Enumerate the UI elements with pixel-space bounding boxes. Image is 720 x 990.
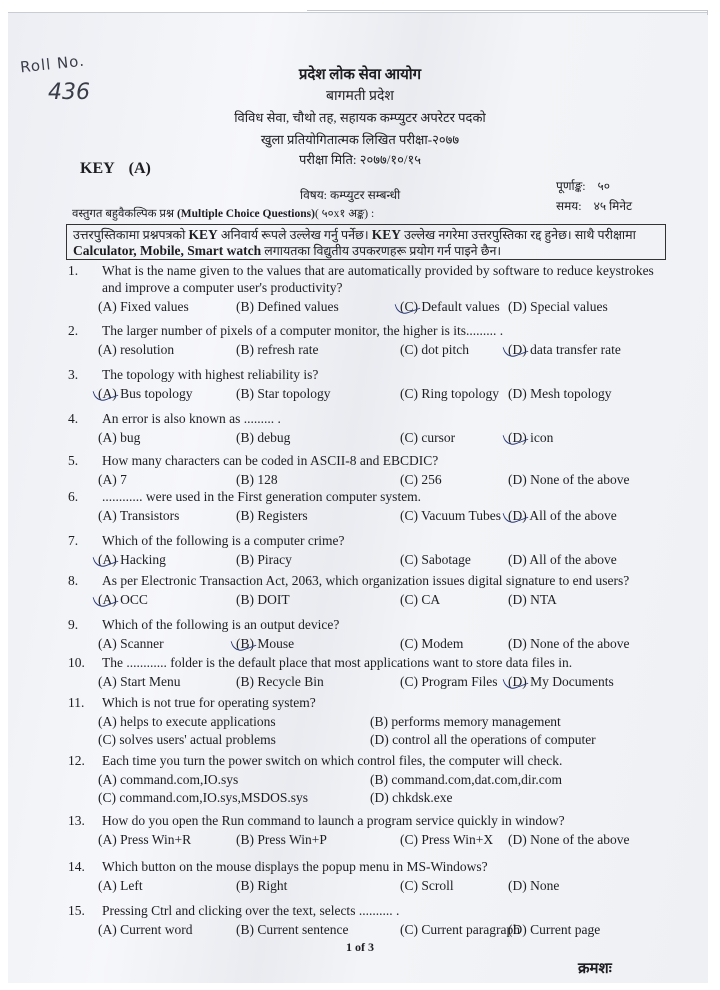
- options: (A) Press Win+R(B) Press Win+P(C) Press …: [98, 831, 668, 849]
- option: (D) chkdsk.exe: [370, 789, 452, 806]
- question-text: What is the name given to the values tha…: [102, 262, 668, 296]
- option: (B) Recycle Bin: [236, 673, 324, 690]
- option: (A) Current word: [98, 921, 192, 938]
- option: (C) cursor: [400, 429, 455, 446]
- option: (C) 256: [400, 471, 442, 488]
- option-marked: (C) Default values: [400, 298, 500, 315]
- marks-info: पूर्णाङ्क:५० समय:४५ मिनेट: [556, 176, 632, 216]
- question: 6............. were used in the First ge…: [68, 488, 668, 525]
- question-text: An error is also known as ......... .: [102, 410, 668, 427]
- commission-name: प्रदेश लोक सेवा आयोग: [0, 64, 720, 84]
- option-marked: (A) Hacking: [98, 551, 166, 568]
- question-number: 3.: [68, 366, 94, 383]
- option: (C) Modem: [400, 635, 463, 652]
- full-marks-label: पूर्णाङ्क:: [556, 179, 586, 193]
- option-marked: (D) All of the above: [508, 507, 617, 524]
- question-text: ............ were used in the First gene…: [102, 488, 668, 505]
- question-text: The ............ folder is the default p…: [102, 654, 668, 671]
- option: (C) solves users' actual problems: [98, 731, 276, 748]
- options: (A) helps to execute applications(B) per…: [98, 713, 668, 751]
- question-text: Which is not true for operating system?: [102, 694, 668, 711]
- question: 15.Pressing Ctrl and clicking over the t…: [68, 902, 668, 939]
- notice-text: उत्तरपुस्तिकामा प्रश्नपत्रको: [73, 228, 189, 242]
- option: (C) Press Win+X: [400, 831, 493, 848]
- option: (C) command.com,IO.sys,MSDOS.sys: [98, 789, 308, 806]
- option: (C) Current paragraph: [400, 921, 520, 938]
- question-number: 6.: [68, 488, 94, 505]
- question-number: 10.: [68, 654, 94, 671]
- option-marked: (D) icon: [508, 429, 553, 446]
- question: 2.The larger number of pixels of a compu…: [68, 322, 668, 359]
- question-number: 8.: [68, 572, 94, 589]
- option-marked: (B) Mouse: [236, 635, 294, 652]
- option: (B) Defined values: [236, 298, 339, 315]
- option: (D) Special values: [508, 298, 608, 315]
- question-text: Pressing Ctrl and clicking over the text…: [102, 902, 668, 919]
- options: (A) Left(B) Right(C) Scroll(D) None: [98, 877, 668, 895]
- option: (B) debug: [236, 429, 290, 446]
- options: (A) Current word(B) Current sentence(C) …: [98, 921, 668, 939]
- notice-key: KEY: [372, 227, 401, 242]
- option: (A) command.com,IO.sys: [98, 771, 238, 788]
- continued-label: क्रमशः: [578, 958, 612, 978]
- question-text: The larger number of pixels of a compute…: [102, 322, 668, 339]
- full-marks-value: ५०: [598, 179, 610, 193]
- notice-text: उल्लेख नगरेमा उत्तरपुस्तिका रद्द हुनेछ। …: [401, 228, 636, 242]
- time-value: ४५ मिनेट: [594, 199, 632, 213]
- key-set-value: (A): [129, 160, 151, 177]
- option: (D) NTA: [508, 591, 557, 608]
- option: (B) command.com,dat.com,dir.com: [370, 771, 562, 788]
- option: (B) Piracy: [236, 551, 292, 568]
- options: (A) bug(B) debug(C) cursor(D) icon: [98, 429, 668, 447]
- option: (B) 128: [236, 471, 278, 488]
- notice-text: अनिवार्य रूपले उल्लेख गर्नु पर्नेछ।: [218, 228, 372, 242]
- option: (B) Star topology: [236, 385, 331, 402]
- option-marked: (A) Bus topology: [98, 385, 193, 402]
- options: (A) Scanner(B) Mouse(C) Modem(D) None of…: [98, 635, 668, 653]
- time-label: समय:: [556, 199, 582, 213]
- options: (A) resolution(B) refresh rate(C) dot pi…: [98, 341, 668, 359]
- question: 3.The topology with highest reliability …: [68, 366, 668, 403]
- exam-title: खुला प्रतियोगितात्मक लिखित परीक्षा-२०७७: [0, 130, 720, 148]
- option: (B) DOIT: [236, 591, 290, 608]
- page-number: 1 of 3: [0, 940, 720, 955]
- option: (A) Start Menu: [98, 673, 180, 690]
- question-text: As per Electronic Transaction Act, 2063,…: [102, 572, 668, 589]
- question-number: 14.: [68, 858, 94, 875]
- option: (A) resolution: [98, 341, 174, 358]
- question: 12.Each time you turn the power switch o…: [68, 752, 668, 809]
- option-marked: (A) OCC: [98, 591, 148, 608]
- option: (B) performs memory management: [370, 713, 561, 730]
- key-label: KEY: [80, 160, 115, 177]
- options: (A) Start Menu(B) Recycle Bin(C) Program…: [98, 673, 668, 691]
- notice-text: लगायतका विद्युतीय उपकरणहरू प्रयोग गर्न प…: [261, 244, 501, 258]
- option-marked: (D) data transfer rate: [508, 341, 621, 358]
- question-number: 15.: [68, 902, 94, 919]
- notice-key: KEY: [189, 227, 218, 242]
- option-marked: (D) My Documents: [508, 673, 614, 690]
- question: 8.As per Electronic Transaction Act, 206…: [68, 572, 668, 609]
- question-number: 11.: [68, 694, 94, 711]
- option: (D) None of the above: [508, 471, 629, 488]
- option: (A) Fixed values: [98, 298, 189, 315]
- option: (B) refresh rate: [236, 341, 318, 358]
- question: 9.Which of the following is an output de…: [68, 616, 668, 653]
- question-number: 13.: [68, 812, 94, 829]
- option: (C) dot pitch: [400, 341, 469, 358]
- question-text: The topology with highest reliability is…: [102, 366, 668, 383]
- question-text: How do you open the Run command to launc…: [102, 812, 668, 829]
- section-title-nepali: वस्तुगत बहुवैकल्पिक प्रश्न: [72, 208, 174, 220]
- question: 14.Which button on the mouse displays th…: [68, 858, 668, 895]
- option: (C) Program Files: [400, 673, 498, 690]
- question-text: Each time you turn the power switch on w…: [102, 752, 668, 769]
- question: 1.What is the name given to the values t…: [68, 262, 668, 316]
- option: (B) Right: [236, 877, 287, 894]
- option: (C) Vacuum Tubes: [400, 507, 501, 524]
- question: 10.The ............ folder is the defaul…: [68, 654, 668, 691]
- question: 4.An error is also known as ......... .(…: [68, 410, 668, 447]
- option: (A) bug: [98, 429, 140, 446]
- post-description: विविध सेवा, चौथो तह, सहायक कम्प्युटर अपर…: [0, 108, 720, 126]
- section-title: वस्तुगत बहुवैकल्पिक प्रश्न (Multiple Cho…: [72, 206, 374, 221]
- question: 11.Which is not true for operating syste…: [68, 694, 668, 751]
- option: (A) helps to execute applications: [98, 713, 276, 730]
- subject: विषय: कम्प्युटर सम्बन्धी: [300, 186, 400, 203]
- instructions-box: उत्तरपुस्तिकामा प्रश्नपत्रको KEY अनिवार्…: [66, 224, 666, 260]
- option: (D) Mesh topology: [508, 385, 612, 402]
- options: (A) OCC(B) DOIT(C) CA(D) NTA: [98, 591, 668, 609]
- question: 13.How do you open the Run command to la…: [68, 812, 668, 849]
- option: (C) Scroll: [400, 877, 454, 894]
- paper-edge: [307, 10, 708, 15]
- option: (D) None: [508, 877, 559, 894]
- notice-devices: Calculator, Mobile, Smart watch: [73, 243, 261, 258]
- option: (D) None of the above: [508, 831, 629, 848]
- options: (A) Bus topology(B) Star topology(C) Rin…: [98, 385, 668, 403]
- question-number: 12.: [68, 752, 94, 769]
- option: (A) Left: [98, 877, 143, 894]
- option: (B) Current sentence: [236, 921, 348, 938]
- province-name: बागमती प्रदेश: [0, 86, 720, 105]
- option: (A) Press Win+R: [98, 831, 191, 848]
- option: (A) Scanner: [98, 635, 164, 652]
- option: (A) Transistors: [98, 507, 179, 524]
- options: (A) 7(B) 128(C) 256(D) None of the above: [98, 471, 668, 489]
- question-number: 9.: [68, 616, 94, 633]
- question: 5.How many characters can be coded in AS…: [68, 452, 668, 489]
- question-text: How many characters can be coded in ASCI…: [102, 452, 668, 469]
- key-set: KEY(A): [80, 160, 151, 178]
- option: (B) Registers: [236, 507, 308, 524]
- question-text: Which of the following is a computer cri…: [102, 532, 668, 549]
- options: (A) command.com,IO.sys(B) command.com,da…: [98, 771, 668, 809]
- options: (A) Hacking(B) Piracy(C) Sabotage(D) All…: [98, 551, 668, 569]
- option: (A) 7: [98, 471, 127, 488]
- option: (C) CA: [400, 591, 440, 608]
- question-text: Which of the following is an output devi…: [102, 616, 668, 633]
- question-text: Which button on the mouse displays the p…: [102, 858, 668, 875]
- question-number: 4.: [68, 410, 94, 427]
- option: (D) Current page: [508, 921, 600, 938]
- question-number: 2.: [68, 322, 94, 339]
- section-title-marks: ( ५०x१ अङ्क) :: [315, 208, 374, 220]
- option: (D) control all the operations of comput…: [370, 731, 596, 748]
- question-number: 5.: [68, 452, 94, 469]
- option: (D) All of the above: [508, 551, 617, 568]
- question-number: 1.: [68, 262, 94, 279]
- question: 7.Which of the following is a computer c…: [68, 532, 668, 569]
- options: (A) Fixed values(B) Defined values(C) De…: [98, 298, 668, 316]
- options: (A) Transistors(B) Registers(C) Vacuum T…: [98, 507, 668, 525]
- option: (C) Sabotage: [400, 551, 471, 568]
- option: (D) None of the above: [508, 635, 629, 652]
- option: (B) Press Win+P: [236, 831, 327, 848]
- section-title-english: (Multiple Choice Questions): [177, 208, 315, 220]
- option: (C) Ring topology: [400, 385, 499, 402]
- question-number: 7.: [68, 532, 94, 549]
